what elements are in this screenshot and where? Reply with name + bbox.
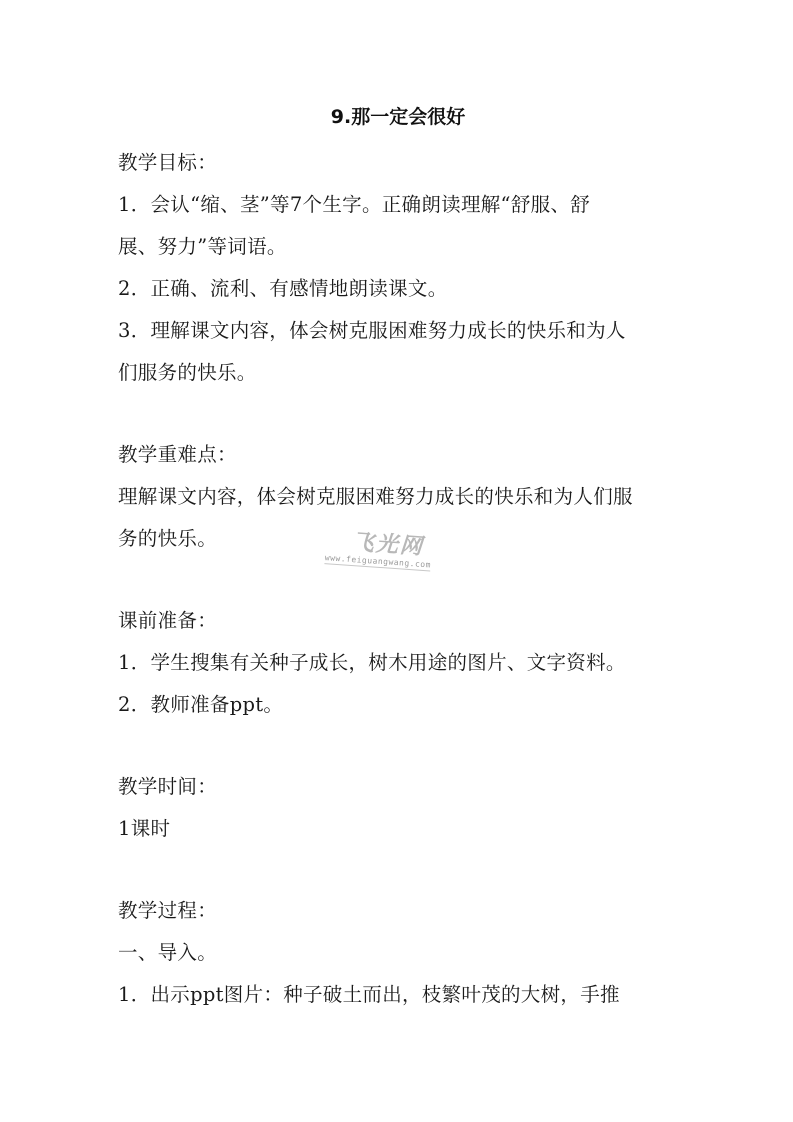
spacer xyxy=(118,394,678,434)
paragraph-line: 1．学生搜集有关种子成长，树木用途的图片、文字资料。 xyxy=(118,642,678,684)
section-key-difficulties: 教学重难点： 理解课文内容，体会树克服困难努力成长的快乐和为人们服 务的快乐。 xyxy=(118,434,678,560)
paragraph-line: 2．教师准备ppt。 xyxy=(118,684,678,726)
spacer xyxy=(118,726,678,766)
section-preparation: 课前准备： 1．学生搜集有关种子成长，树木用途的图片、文字资料。 2．教师准备p… xyxy=(118,600,678,726)
spacer xyxy=(118,850,678,890)
section-heading: 课前准备： xyxy=(118,600,678,642)
section-heading: 教学目标： xyxy=(118,142,678,184)
paragraph-line: 一、导入。 xyxy=(118,932,678,974)
paragraph-line: 2．正确、流利、有感情地朗读课文。 xyxy=(118,268,678,310)
section-teaching-process: 教学过程： 一、导入。 1．出示ppt图片：种子破土而出，枝繁叶茂的大树，手推 xyxy=(118,890,678,1016)
section-heading: 教学时间： xyxy=(118,766,678,808)
paragraph-line: 1．出示ppt图片：种子破土而出，枝繁叶茂的大树，手推 xyxy=(118,974,678,1016)
paragraph-line: 们服务的快乐。 xyxy=(118,352,678,394)
section-heading: 教学过程： xyxy=(118,890,678,932)
paragraph-line: 展、努力”等词语。 xyxy=(118,226,678,268)
paragraph-line: 1课时 xyxy=(118,808,678,850)
document-title: 9.那一定会很好 xyxy=(118,100,678,134)
section-teaching-time: 教学时间： 1课时 xyxy=(118,766,678,850)
paragraph-line: 3．理解课文内容，体会树克服困难努力成长的快乐和为人 xyxy=(118,310,678,352)
section-teaching-goals: 教学目标： 1．会认“缩、茎”等7个生字。正确朗读理解“舒服、舒 展、努力”等词… xyxy=(118,142,678,394)
paragraph-line: 理解课文内容，体会树克服困难努力成长的快乐和为人们服 xyxy=(118,476,678,518)
spacer xyxy=(118,560,678,600)
document-page: 9.那一定会很好 教学目标： 1．会认“缩、茎”等7个生字。正确朗读理解“舒服、… xyxy=(118,100,678,1016)
section-heading: 教学重难点： xyxy=(118,434,678,476)
paragraph-line: 务的快乐。 xyxy=(118,518,678,560)
paragraph-line: 1．会认“缩、茎”等7个生字。正确朗读理解“舒服、舒 xyxy=(118,184,678,226)
